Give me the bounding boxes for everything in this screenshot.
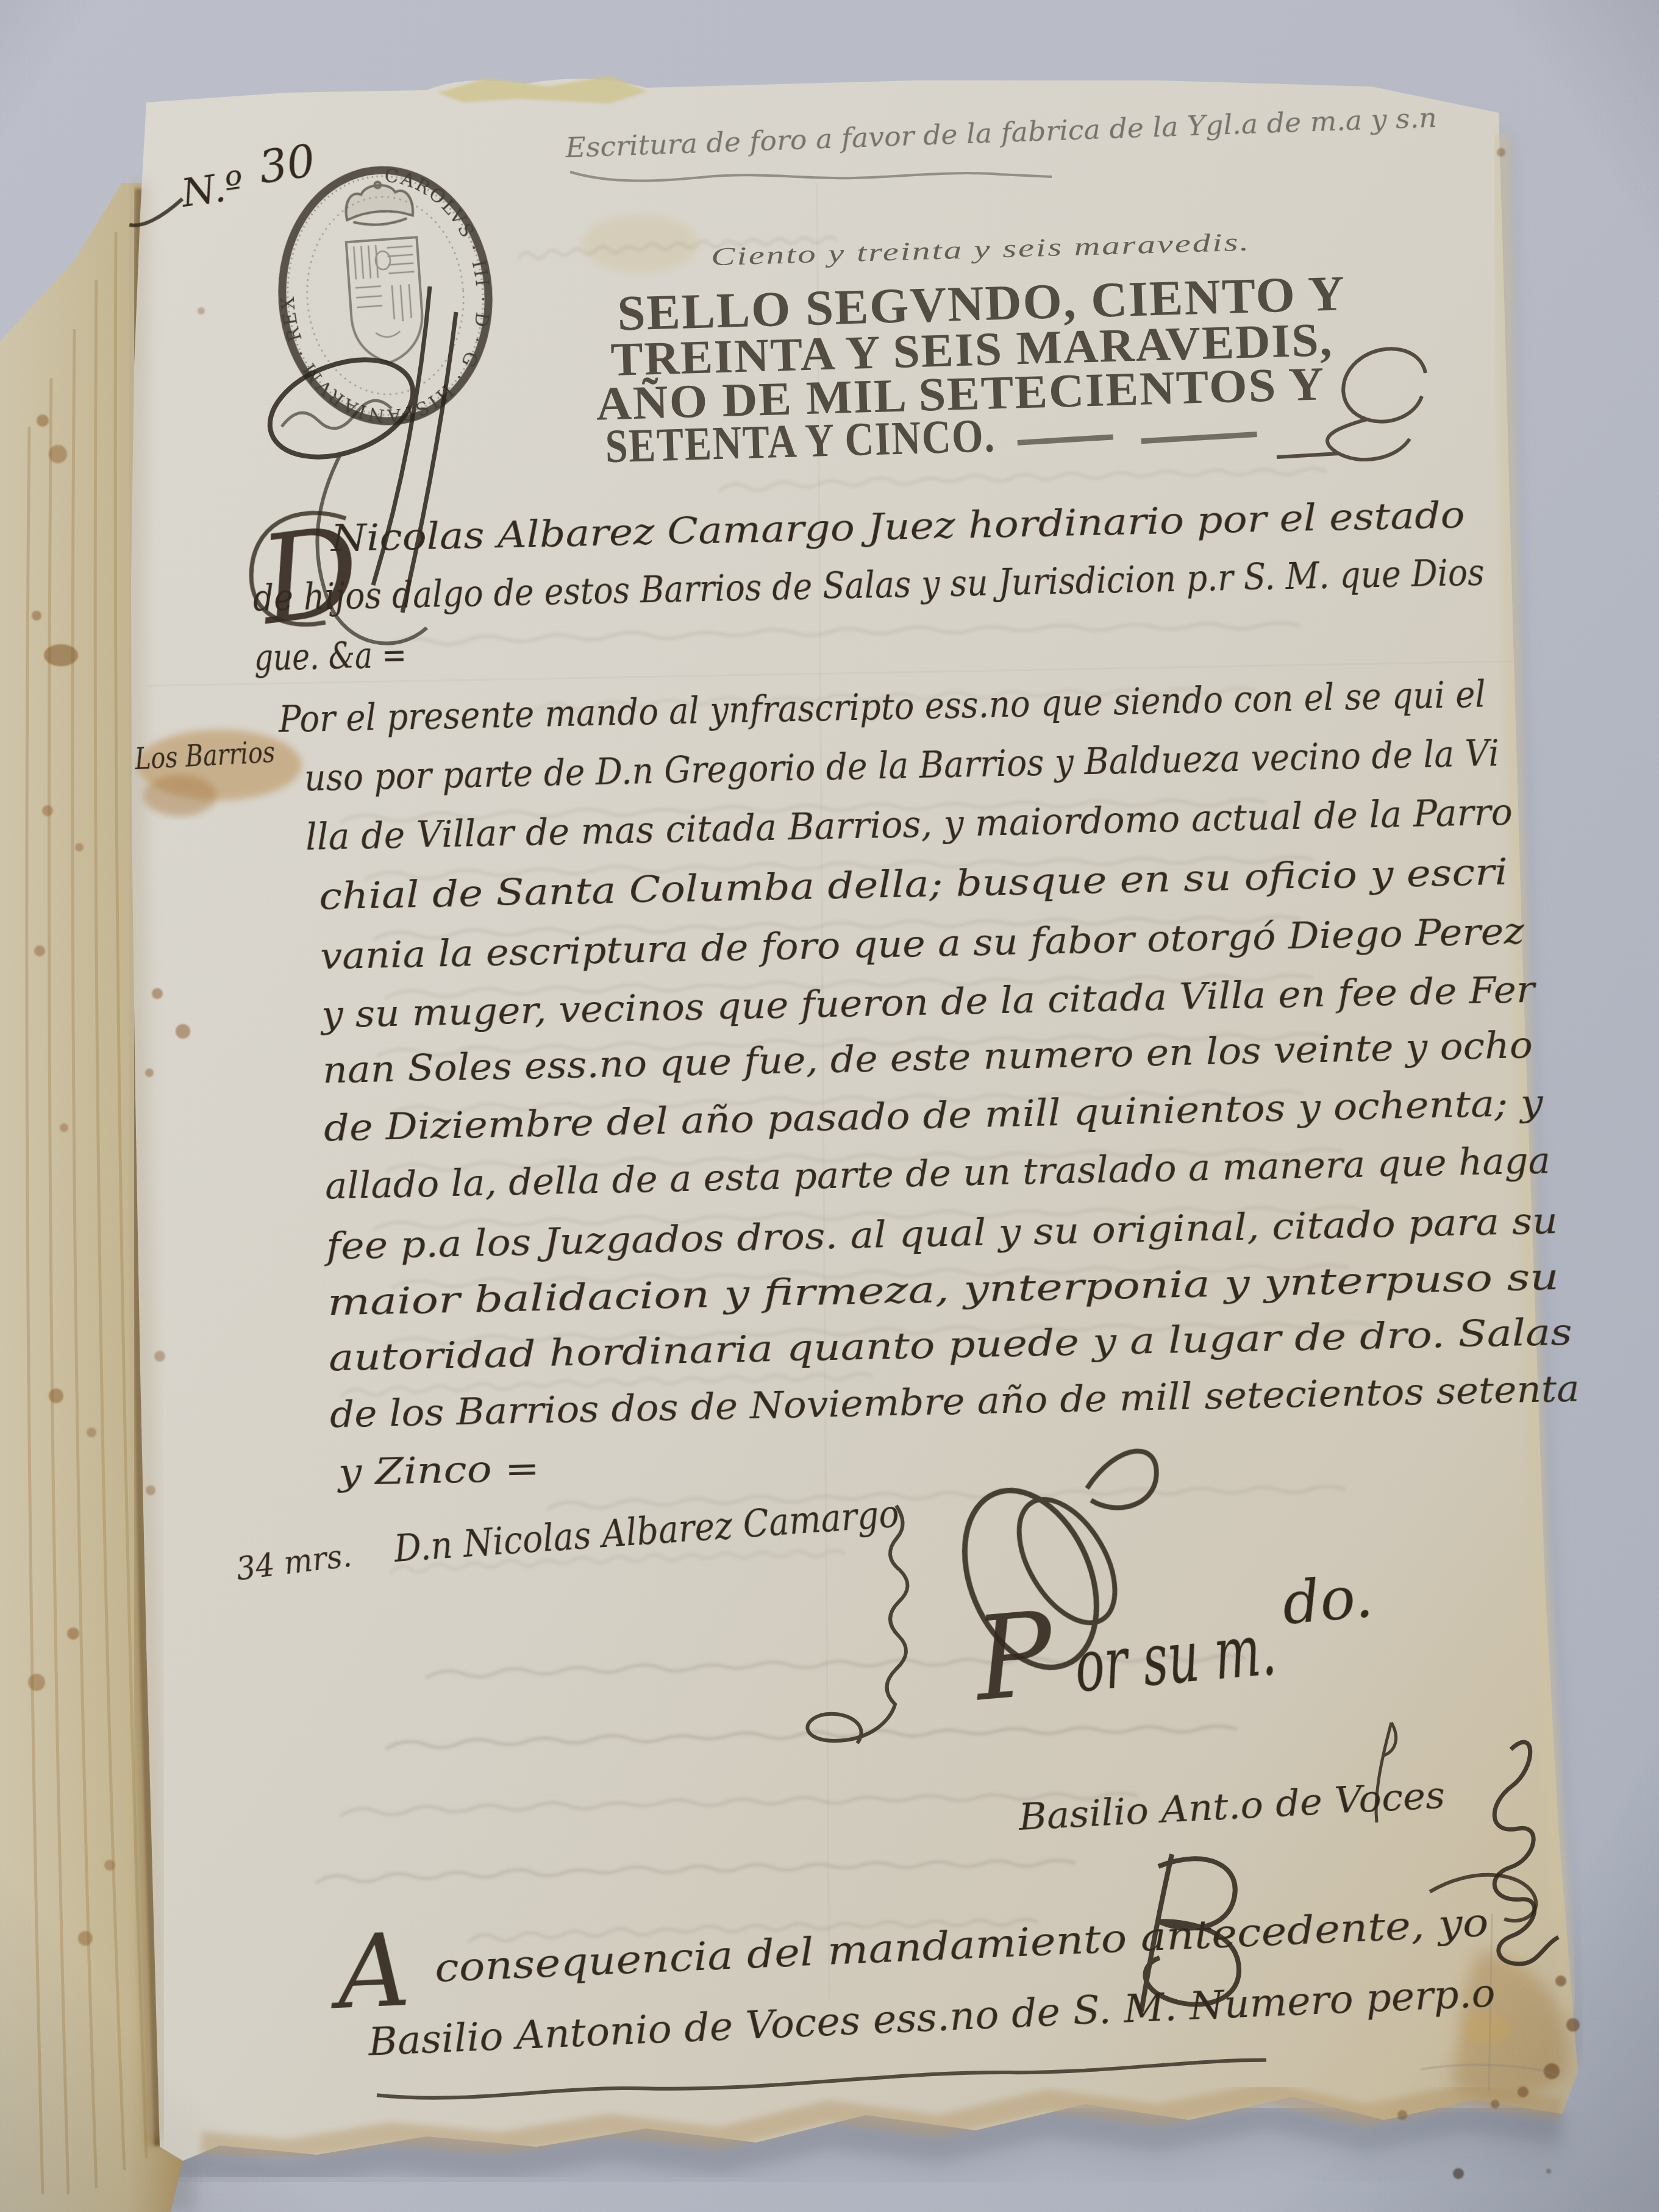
photo-stage: CAROLVS · III · D · G · HISPANIARVM · RE… [0,0,1659,2212]
document-photo: CAROLVS · III · D · G · HISPANIARVM · RE… [0,0,1659,2212]
photo-vignette [0,0,1659,2212]
